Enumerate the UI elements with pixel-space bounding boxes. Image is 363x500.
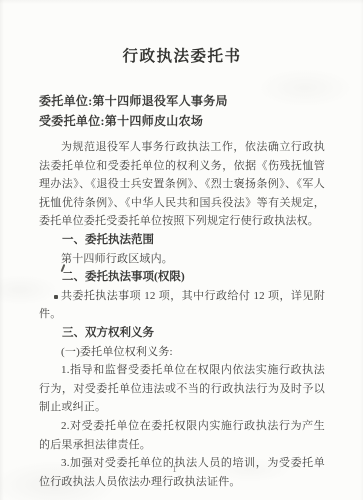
section-1-heading: 一、委托执法范围	[39, 231, 325, 250]
intro-paragraph: 为规范退役军人事务行政执法工作，依法确立行政执法委托单位和受委托单位的权利义务，…	[39, 138, 325, 231]
document-title: 行政执法委托书	[39, 44, 325, 66]
entrusting-unit-value: 第十四师退役军人事务局	[93, 94, 228, 108]
section-2-heading-text: 二、委托执法事项(权限)	[62, 271, 185, 283]
section-2-paragraph: 共委托执法事项 12 项，其中行政给付 12 项，详见附件。	[39, 287, 325, 324]
section-1-paragraph: 第十四师行政区域内。	[39, 250, 325, 269]
entrusted-unit-line: 受委托单位:第十四师皮山农场	[39, 111, 325, 131]
entrusted-unit-label: 受委托单位:	[39, 114, 105, 128]
section-2-paragraph-text: 共委托执法事项 12 项，其中行政给付 12 项，详见附件。	[39, 290, 325, 321]
scanned-document-page: 行政执法委托书 委托单位:第十四师退役军人事务局 受委托单位:第十四师皮山农场 …	[0, 0, 363, 500]
entrusting-unit-label: 委托单位:	[39, 94, 93, 108]
entrusting-unit-line: 委托单位:第十四师退役军人事务局	[39, 91, 325, 111]
pen-dot-mark	[54, 295, 58, 299]
section-3-item-2: 2.对受委托单位在委托权限内实施行政执法行为产生的后果承担法律责任。	[39, 417, 325, 454]
parties-header: 委托单位:第十四师退役军人事务局 受委托单位:第十四师皮山农场	[39, 91, 325, 131]
document-body: 为规范退役军人事务行政执法工作，依法确立行政执法委托单位和受委托单位的权利义务，…	[39, 138, 325, 491]
section-3-subheading: (一)委托单位权利义务:	[39, 343, 325, 362]
entrusted-unit-value: 第十四师皮山农场	[105, 114, 203, 128]
document-content: 行政执法委托书 委托单位:第十四师退役军人事务局 受委托单位:第十四师皮山农场 …	[39, 0, 325, 491]
page-number: 1	[0, 464, 349, 474]
section-3-item-1: 1.指导和监督受委托单位在权限内依法实施行政执法行为，对受委托单位违法或不当的行…	[39, 361, 325, 417]
section-3-heading: 三、双方权利义务	[39, 324, 325, 343]
section-2-heading: 二、委托执法事项(权限)	[39, 268, 325, 287]
